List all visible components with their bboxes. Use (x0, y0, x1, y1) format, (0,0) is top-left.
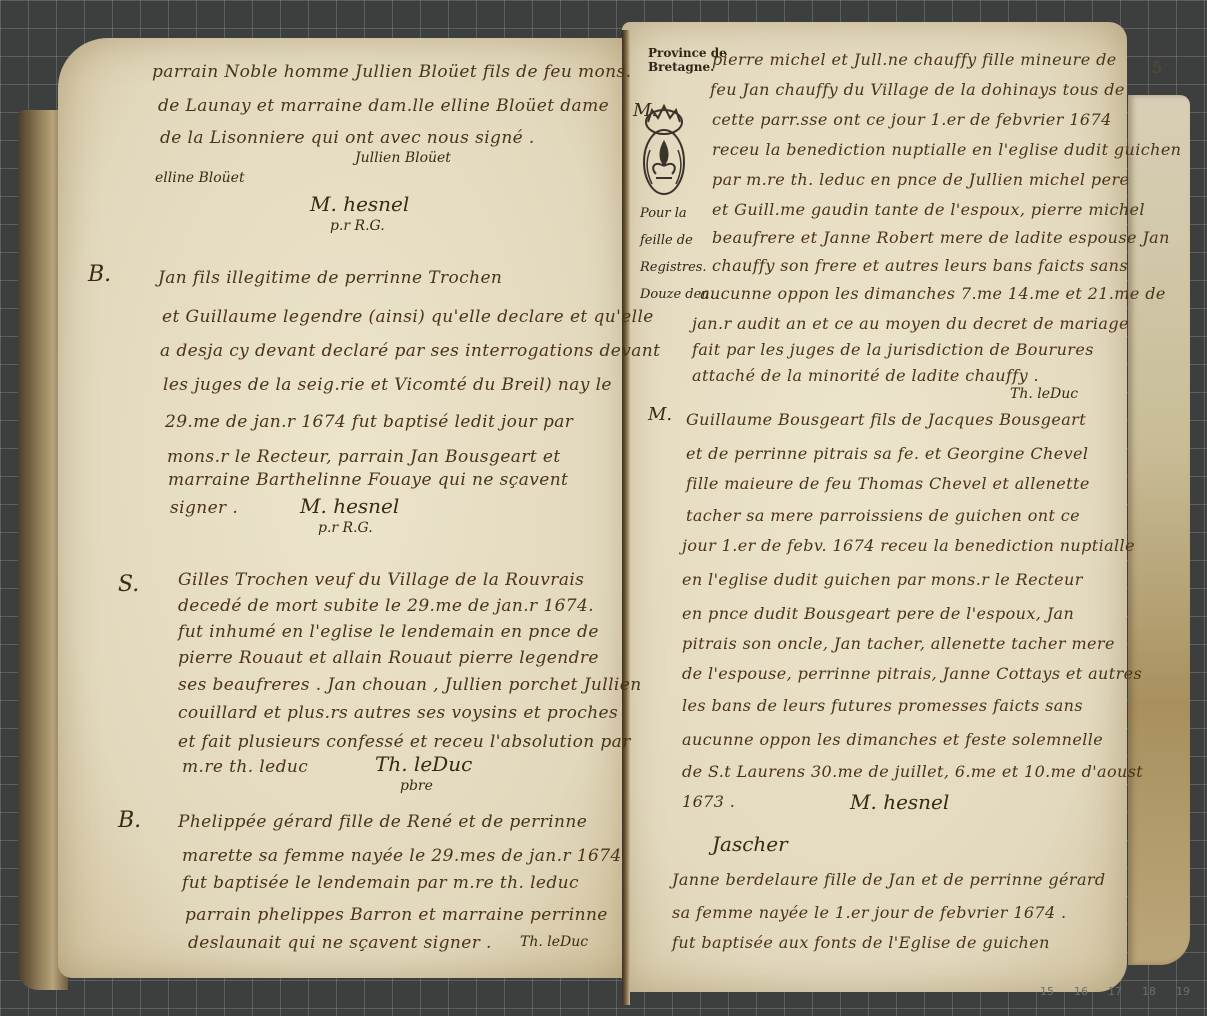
signature: Th. leDuc (375, 752, 472, 776)
signature: Jullien Bloüet (355, 150, 451, 166)
signature: elline Bloüet (155, 170, 245, 186)
signature-subscript: pbre (400, 778, 433, 794)
text-line: fait par les juges de la jurisdiction de… (692, 340, 1094, 359)
text-line: jour 1.er de febv. 1674 receu la benedic… (682, 536, 1135, 555)
text-line: sa femme nayée le 1.er jour de febvrier … (672, 903, 1067, 922)
signature: Th. leDuc (520, 934, 588, 950)
text-line: decedé de mort subite le 29.me de jan.r … (178, 596, 594, 616)
text-line: 1673 . (682, 792, 735, 811)
text-line: et Guill.me gaudin tante de l'espoux, pi… (712, 200, 1145, 219)
signature: Jascher (712, 832, 788, 856)
signature: Th. leDuc (1010, 386, 1078, 402)
text-line: et fait plusieurs confessé et receu l'ab… (178, 732, 631, 752)
text-line: tacher sa mere parroissiens de guichen o… (686, 506, 1080, 525)
text-line: attaché de la minorité de ladite chauffy… (692, 366, 1039, 385)
text-line: parrain phelippes Barron et marraine per… (185, 905, 608, 925)
ruler-tick: 15 (1040, 985, 1054, 998)
text-line: 29.me de jan.r 1674 fut baptisé ledit jo… (165, 412, 573, 432)
text-line: de la Lisonniere qui ont avec nous signé… (160, 128, 535, 148)
signature-subscript: p.r R.G. (318, 520, 373, 536)
marginal-letter: S. (118, 572, 139, 597)
text-line: en l'eglise dudit guichen par mons.r le … (682, 570, 1083, 589)
book-gutter (622, 30, 630, 1005)
text-line: jan.r audit an et ce au moyen du decret … (692, 314, 1129, 333)
margin-note-line: Registres. (640, 254, 714, 281)
text-line: de l'espouse, perrinne pitrais, Janne Co… (682, 664, 1142, 683)
text-line: feu Jan chauffy du Village de la dohinay… (710, 80, 1125, 99)
marginal-letter: B. (88, 262, 111, 287)
text-line: Gilles Trochen veuf du Village de la Rou… (178, 570, 584, 590)
ruler-tick: 18 (1142, 985, 1156, 998)
text-line: chauffy son frere et autres leurs bans f… (712, 256, 1128, 275)
text-line: mons.r le Recteur, parrain Jan Bousgeart… (167, 447, 561, 467)
vellum-cover-flap (1128, 95, 1190, 965)
signature: M. hesnel (310, 192, 409, 216)
text-line: pierre michel et Jull.ne chauffy fille m… (712, 50, 1117, 69)
text-line: les juges de la seig.rie et Vicomté du B… (163, 375, 612, 395)
text-line: pitrais son oncle, Jan tacher, allenette… (682, 634, 1115, 653)
text-line: couillard et plus.rs autres ses voysins … (178, 703, 618, 723)
margin-note-line: Pour la (640, 200, 714, 227)
text-line: marraine Barthelinne Fouaye qui ne sçave… (168, 470, 568, 490)
marginal-letter: M. (648, 404, 672, 425)
margin-note-line: feille de (640, 227, 714, 254)
text-line: fille maieure de feu Thomas Chevel et al… (686, 474, 1090, 493)
marginal-letter: B. (118, 808, 141, 833)
text-line: Guillaume Bousgeart fils de Jacques Bous… (686, 410, 1086, 429)
text-line: et Guillaume legendre (ainsi) qu'elle de… (162, 307, 654, 327)
text-line: signer . (170, 498, 238, 518)
text-line: aucunne oppon les dimanches et feste sol… (682, 730, 1103, 749)
signature: M. hesnel (850, 790, 949, 814)
text-line: et de perrinne pitrais sa fe. et Georgin… (686, 444, 1088, 463)
fleur-de-lis-crown-stamp-icon (640, 100, 688, 210)
text-line: fut baptisée aux fonts de l'Eglise de gu… (672, 933, 1050, 952)
scale-ruler: 15 16 17 18 19 20 (1040, 985, 1207, 998)
text-line: receu la benediction nuptialle en l'egli… (712, 140, 1181, 159)
signature-subscript: p.r R.G. (330, 218, 385, 234)
text-line: deslaunait qui ne sçavent signer . (188, 933, 492, 953)
text-line: de Launay et marraine dam.lle elline Blo… (158, 96, 609, 116)
text-line: beaufrere et Janne Robert mere de ladite… (712, 228, 1170, 247)
text-line: Janne berdelaure fille de Jan et de perr… (672, 870, 1106, 889)
text-line: de S.t Laurens 30.me de juillet, 6.me et… (682, 762, 1143, 781)
text-line: cette parr.sse ont ce jour 1.er de febvr… (712, 110, 1112, 129)
text-line: fut baptisée le lendemain par m.re th. l… (182, 873, 579, 893)
ruler-tick: 16 (1074, 985, 1088, 998)
text-line: a desja cy devant declaré par ses interr… (160, 341, 660, 361)
page-number: 5 (1152, 58, 1162, 77)
text-line: m.re th. leduc (182, 757, 308, 777)
text-line: ses beaufreres . Jan chouan , Jullien po… (178, 675, 642, 695)
text-line: Jan fils illegitime de perrinne Trochen (158, 268, 502, 288)
text-line: par m.re th. leduc en pnce de Jullien mi… (712, 170, 1129, 189)
text-line: Phelippée gérard fille de René et de per… (178, 812, 587, 832)
text-line: en pnce dudit Bousgeart pere de l'espoux… (682, 604, 1074, 623)
text-line: pierre Rouaut et allain Rouaut pierre le… (178, 648, 599, 668)
ruler-tick: 17 (1108, 985, 1122, 998)
text-line: parrain Noble homme Jullien Bloüet fils … (152, 62, 631, 82)
text-line: fut inhumé en l'eglise le lendemain en p… (178, 622, 599, 642)
signature: M. hesnel (300, 494, 399, 518)
text-line: aucunne oppon les dimanches 7.me 14.me e… (700, 284, 1166, 303)
text-line: marette sa femme nayée le 29.mes de jan.… (182, 846, 622, 866)
ruler-tick: 19 (1176, 985, 1190, 998)
text-line: les bans de leurs futures promesses faic… (682, 696, 1083, 715)
